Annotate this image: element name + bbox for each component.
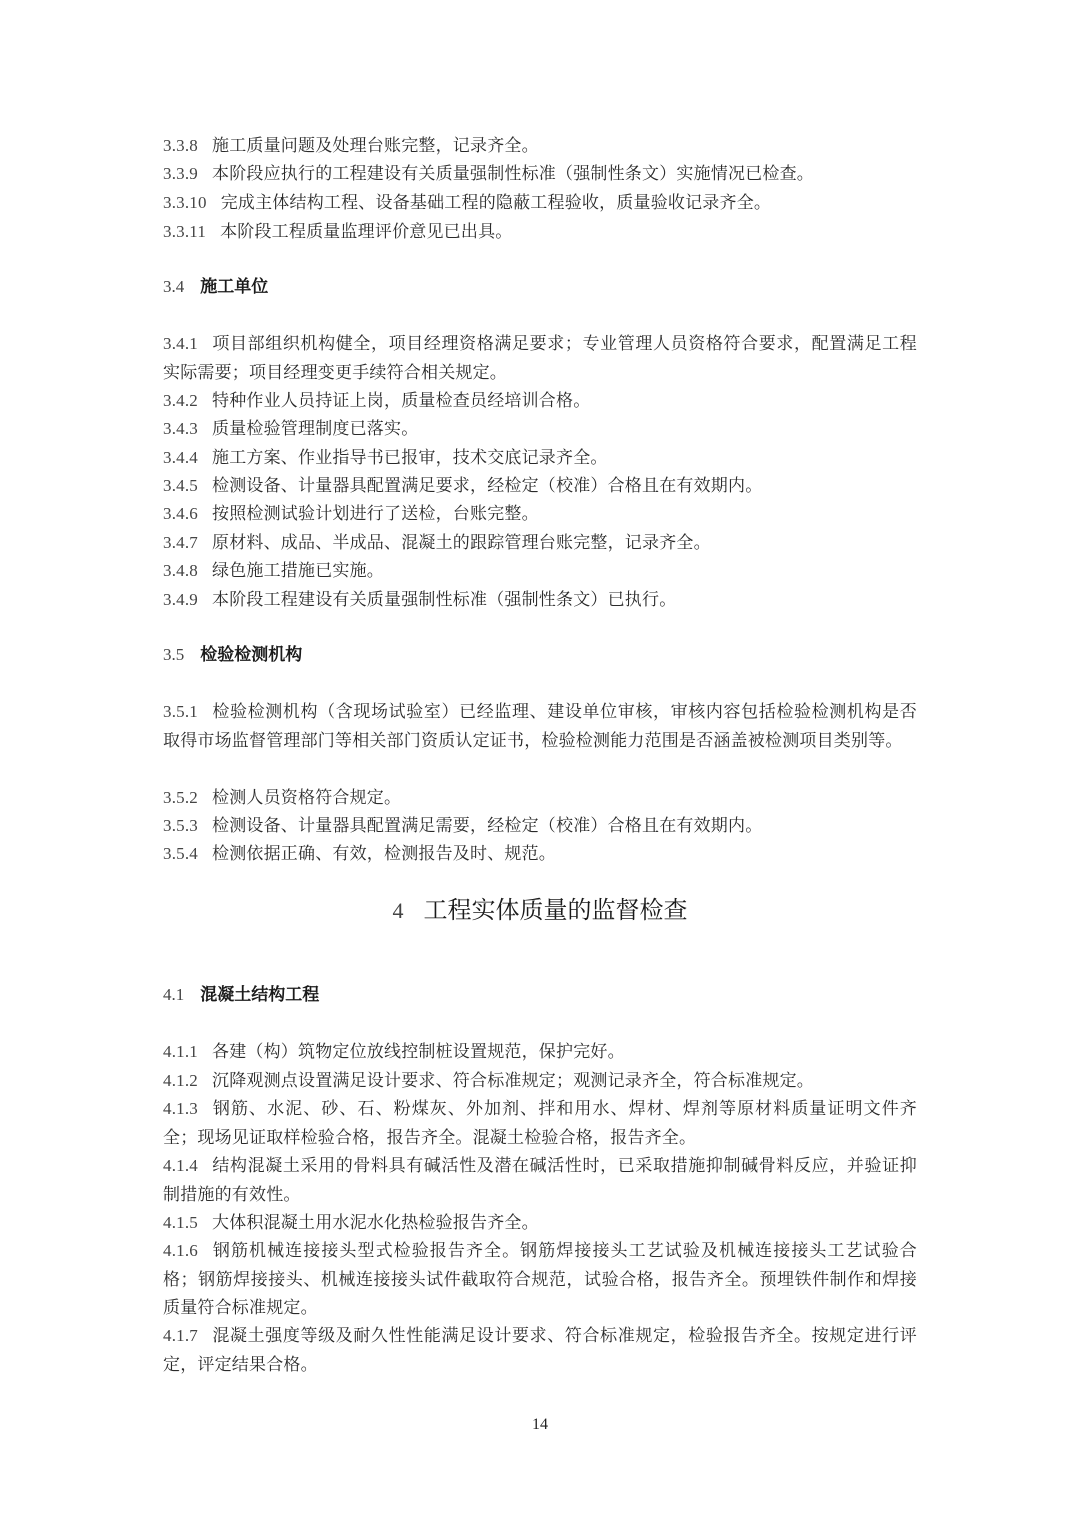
clause-4-1-4: 4.1.4结构混凝土采用的骨料具有碱活性及潜在碱活性时，已采取措施抑制碱骨料反应… [163, 1152, 917, 1209]
clause-3-3-10: 3.3.10完成主体结构工程、设备基础工程的隐蔽工程验收，质量验收记录齐全。 [163, 189, 917, 218]
chapter-heading-4: 4工程实体质量的监督检查 [0, 892, 1080, 929]
clause-number: 3.3.8 [163, 132, 198, 161]
clause-text: 本阶段应执行的工程建设有关质量强制性标准（强制性条文）实施情况已检查。 [212, 164, 814, 184]
clause-number: 3.3.9 [163, 160, 198, 189]
clause-number: 4.1.3 [163, 1095, 198, 1124]
clause-text: 特种作业人员持证上岗，质量检查员经培训合格。 [212, 391, 590, 411]
clause-text: 沉降观测点设置满足设计要求、符合标准规定；观测记录齐全，符合标准规定。 [212, 1071, 814, 1091]
page-number: 14 [0, 1416, 1080, 1434]
clause-number: 3.5.3 [163, 812, 198, 841]
clause-number: 3.4.7 [163, 529, 198, 558]
section-number: 3.5 [163, 641, 184, 669]
clause-text: 检测设备、计量器具配置满足要求，经检定（校准）合格且在有效期内。 [212, 476, 762, 496]
clause-number: 3.4.3 [163, 415, 198, 444]
clause-3-4-5: 3.4.5检测设备、计量器具配置满足要求，经检定（校准）合格且在有效期内。 [163, 472, 917, 501]
clause-4-1-5: 4.1.5大体积混凝土用水泥水化热检验报告齐全。 [163, 1209, 917, 1238]
clause-number: 4.1.4 [163, 1152, 198, 1181]
clause-text: 各建（构）筑物定位放线控制桩设置规范，保护完好。 [212, 1042, 625, 1062]
clause-3-5-1: 3.5.1检验检测机构（含现场试验室）已经监理、建设单位审核，审核内容包括检验检… [163, 698, 917, 755]
section-title: 检验检测机构 [200, 645, 302, 665]
clause-number: 3.4.6 [163, 500, 198, 529]
clause-text: 钢筋机械连接接头型式检验报告齐全。钢筋焊接接头工艺试验及机械连接接头工艺试验合格… [163, 1241, 917, 1318]
clause-3-5-3: 3.5.3检测设备、计量器具配置满足需要，经检定（校准）合格且在有效期内。 [163, 812, 917, 841]
clause-3-4-7: 3.4.7原材料、成品、半成品、混凝土的跟踪管理台账完整，记录齐全。 [163, 529, 917, 558]
clause-text: 原材料、成品、半成品、混凝土的跟踪管理台账完整，记录齐全。 [212, 533, 711, 553]
section-heading-3-4: 3.4施工单位 [163, 273, 268, 301]
clause-text: 本阶段工程质量监理评价意见已出具。 [220, 222, 512, 242]
clause-3-5-4: 3.5.4检测依据正确、有效，检测报告及时、规范。 [163, 840, 917, 869]
clause-3-4-4: 3.4.4施工方案、作业指导书已报审，技术交底记录齐全。 [163, 444, 917, 473]
clause-number: 4.1.2 [163, 1067, 198, 1096]
clause-text: 绿色施工措施已实施。 [212, 561, 384, 581]
clause-number: 3.5.2 [163, 784, 198, 813]
clause-text: 完成主体结构工程、设备基础工程的隐蔽工程验收，质量验收记录齐全。 [221, 193, 771, 213]
clause-number: 4.1.1 [163, 1038, 198, 1067]
clause-3-4-6: 3.4.6按照检测试验计划进行了送检，台账完整。 [163, 500, 917, 529]
clause-number: 3.4.1 [163, 330, 198, 359]
clause-number: 3.4.8 [163, 557, 198, 586]
clause-number: 3.4.2 [163, 387, 198, 416]
clause-3-4-8: 3.4.8绿色施工措施已实施。 [163, 557, 917, 586]
clause-text: 施工方案、作业指导书已报审，技术交底记录齐全。 [212, 448, 608, 468]
clause-text: 检测人员资格符合规定。 [212, 788, 401, 808]
clause-3-4-9: 3.4.9本阶段工程建设有关质量强制性标准（强制性条文）已执行。 [163, 586, 917, 615]
section-heading-3-5: 3.5检验检测机构 [163, 641, 302, 669]
clause-text: 钢筋、水泥、砂、石、粉煤灰、外加剂、拌和用水、焊材、焊剂等原材料质量证明文件齐全… [163, 1099, 917, 1148]
clause-number: 3.3.11 [163, 218, 206, 247]
clause-number: 3.3.10 [163, 189, 207, 218]
clause-text: 检验检测机构（含现场试验室）已经监理、建设单位审核，审核内容包括检验检测机构是否… [163, 702, 917, 751]
section-title: 混凝土结构工程 [200, 985, 319, 1005]
clause-4-1-6: 4.1.6钢筋机械连接接头型式检验报告齐全。钢筋焊接接头工艺试验及机械连接接头工… [163, 1237, 917, 1323]
clause-number: 4.1.6 [163, 1237, 198, 1266]
clause-3-3-11: 3.3.11本阶段工程质量监理评价意见已出具。 [163, 218, 917, 247]
clause-text: 检测依据正确、有效，检测报告及时、规范。 [212, 844, 556, 864]
section-heading-4-1: 4.1混凝土结构工程 [163, 981, 319, 1009]
clause-3-4-1: 3.4.1项目部组织机构健全，项目经理资格满足要求；专业管理人员资格符合要求，配… [163, 330, 917, 387]
clause-4-1-7: 4.1.7混凝土强度等级及耐久性性能满足设计要求、符合标准规定，检验报告齐全。按… [163, 1322, 917, 1379]
clause-3-4-2: 3.4.2特种作业人员持证上岗，质量检查员经培训合格。 [163, 387, 917, 416]
clause-number: 4.1.7 [163, 1322, 198, 1351]
chapter-number: 4 [393, 893, 404, 929]
clause-number: 3.4.4 [163, 444, 198, 473]
document-page: 3.3.8施工质量问题及处理台账完整，记录齐全。 3.3.9本阶段应执行的工程建… [0, 0, 1080, 1527]
clause-3-3-8: 3.3.8施工质量问题及处理台账完整，记录齐全。 [163, 132, 917, 161]
clause-3-3-9: 3.3.9本阶段应执行的工程建设有关质量强制性标准（强制性条文）实施情况已检查。 [163, 160, 917, 189]
clause-text: 结构混凝土采用的骨料具有碱活性及潜在碱活性时，已采取措施抑制碱骨料反应，并验证抑… [163, 1156, 917, 1205]
clause-text: 本阶段工程建设有关质量强制性标准（强制性条文）已执行。 [212, 590, 676, 610]
clause-3-5-2: 3.5.2检测人员资格符合规定。 [163, 784, 917, 813]
clause-3-4-3: 3.4.3质量检验管理制度已落实。 [163, 415, 917, 444]
clause-number: 3.5.1 [163, 698, 198, 727]
clause-number: 3.4.9 [163, 586, 198, 615]
clause-number: 3.5.4 [163, 840, 198, 869]
section-number: 4.1 [163, 981, 184, 1009]
section-number: 3.4 [163, 273, 184, 301]
clause-text: 检测设备、计量器具配置满足需要，经检定（校准）合格且在有效期内。 [212, 816, 762, 836]
clause-text: 按照检测试验计划进行了送检，台账完整。 [212, 504, 539, 524]
clause-text: 混凝土强度等级及耐久性性能满足设计要求、符合标准规定，检验报告齐全。按规定进行评… [163, 1326, 917, 1375]
chapter-title: 工程实体质量的监督检查 [424, 896, 688, 924]
clause-text: 质量检验管理制度已落实。 [212, 419, 418, 439]
clause-4-1-2: 4.1.2沉降观测点设置满足设计要求、符合标准规定；观测记录齐全，符合标准规定。 [163, 1067, 917, 1096]
clause-4-1-3: 4.1.3钢筋、水泥、砂、石、粉煤灰、外加剂、拌和用水、焊材、焊剂等原材料质量证… [163, 1095, 917, 1152]
clause-text: 施工质量问题及处理台账完整，记录齐全。 [212, 136, 539, 156]
clause-4-1-1: 4.1.1各建（构）筑物定位放线控制桩设置规范，保护完好。 [163, 1038, 917, 1067]
clause-text: 项目部组织机构健全，项目经理资格满足要求；专业管理人员资格符合要求，配置满足工程… [163, 334, 917, 383]
section-title: 施工单位 [200, 277, 268, 297]
clause-number: 3.4.5 [163, 472, 198, 501]
clause-text: 大体积混凝土用水泥水化热检验报告齐全。 [212, 1213, 539, 1233]
clause-number: 4.1.5 [163, 1209, 198, 1238]
